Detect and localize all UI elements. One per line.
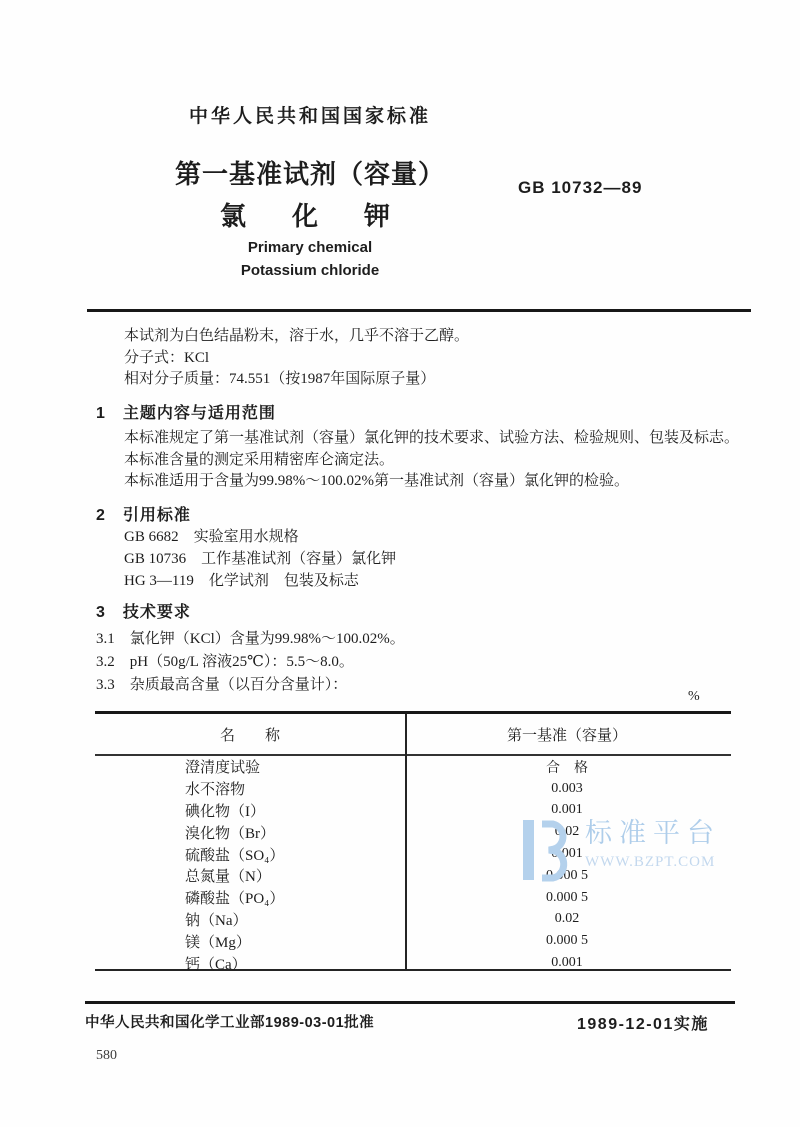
intro-line-formula: 分子式：KCl xyxy=(124,350,209,366)
header-divider-rule xyxy=(87,309,751,312)
table-header-row: 名 称 第一基准（容量） xyxy=(95,714,731,756)
table-row: 水不溶物 0.003 xyxy=(95,778,731,800)
page-number: 580 xyxy=(96,1048,117,1064)
spec-name: 溴化物（Br） xyxy=(95,822,405,843)
spec-value: 0.000 5 xyxy=(405,890,729,906)
intro-paragraph: 本试剂为白色结晶粉末，溶于水，几乎不溶于乙醇。 分子式：KCl 相对分子质量：7… xyxy=(124,326,469,391)
document-title-english-line2: Potassium chloride xyxy=(90,262,530,279)
table-row: 钙（Ca） 0.001 xyxy=(95,952,731,974)
section-3-heading: 3 技术要求 xyxy=(96,599,191,622)
spec-name: 磷酸盐（PO₄） xyxy=(95,887,405,908)
document-title-line1: 第一基准试剂（容量） xyxy=(90,154,530,191)
document-title-line2: 氯 化 钾 xyxy=(90,196,530,233)
spec-name: 澄清度试验 xyxy=(95,756,405,777)
table-row: 钠（Na） 0.02 xyxy=(95,909,731,931)
spec-name: 钙（Ca） xyxy=(95,953,405,974)
document-title-english-line1: Primary chemical xyxy=(90,239,530,256)
table-row: 澄清度试验 合 格 xyxy=(95,756,731,778)
reference-item: HG 3—119 化学试剂 包装及标志 xyxy=(124,573,359,589)
table-row: 溴化物（Br） 0.02 xyxy=(95,821,731,843)
standard-number: GB 10732—89 xyxy=(518,178,642,198)
reference-item: GB 6682 实验室用水规格 xyxy=(124,529,299,545)
spec-name: 水不溶物 xyxy=(95,778,405,799)
spec-value: 0.02 xyxy=(405,824,729,840)
table-column-divider xyxy=(405,714,407,969)
table-header-value: 第一基准（容量） xyxy=(405,724,729,745)
spec-value: 0.001 xyxy=(405,846,729,862)
footer-approval-text: 中华人民共和国化学工业部1989-03-01批准 xyxy=(85,1011,374,1032)
spec-name: 碘化物（I） xyxy=(95,800,405,821)
national-standard-header: 中华人民共和国国家标准 xyxy=(90,101,530,128)
table-row: 镁（Mg） 0.000 5 xyxy=(95,930,731,952)
footer-implementation-text: 1989-12-01实施 xyxy=(577,1011,709,1034)
section-1-paragraph: 本标准适用于含量为99.98%～100.02%第一基准试剂（容量）氯化钾的检验。 xyxy=(124,473,629,489)
spec-name: 总氮量（N） xyxy=(95,865,405,886)
reference-item: GB 10736 工作基准试剂（容量）氯化钾 xyxy=(124,551,396,567)
section-2-references: GB 6682 实验室用水规格 GB 10736 工作基准试剂（容量）氯化钾 H… xyxy=(124,526,396,592)
spec-value: 0.02 xyxy=(405,911,729,927)
section-1-paragraphs: 本标准规定了第一基准试剂（容量）氯化钾的技术要求、试验方法、检验规则、包装及标志… xyxy=(124,428,739,493)
section-1-heading: 1 主题内容与适用范围 xyxy=(96,400,276,423)
spec-value: 0.001 xyxy=(405,955,729,971)
intro-line-molar-mass: 相对分子质量：74.551（按1987年国际原子量） xyxy=(124,371,435,387)
document-page: 中华人民共和国国家标准 GB 10732—89 第一基准试剂（容量） 氯 化 钾… xyxy=(0,0,800,1127)
spec-name: 钠（Na） xyxy=(95,909,405,930)
table-row: 磷酸盐（PO₄） 0.000 5 xyxy=(95,887,731,909)
section-2-heading: 2 引用标准 xyxy=(96,502,191,525)
spec-value: 合 格 xyxy=(405,757,729,777)
footer-divider-rule xyxy=(85,1001,735,1004)
spec-value: 0.000 5 xyxy=(405,868,729,884)
table-header-name: 名 称 xyxy=(95,724,405,745)
table-row: 总氮量（N） 0.000 5 xyxy=(95,865,731,887)
requirement-item: 3.3 杂质最高含量（以百分含量计）： xyxy=(96,677,347,693)
section-1-paragraph: 本标准含量的测定采用精密库仑滴定法。 xyxy=(124,452,394,468)
table-row: 碘化物（I） 0.001 xyxy=(95,800,731,822)
impurity-spec-table: 名 称 第一基准（容量） 澄清度试验 合 格 水不溶物 0.003 碘化物（I）… xyxy=(95,711,731,971)
spec-name: 硫酸盐（SO₄） xyxy=(95,844,405,865)
intro-line-description: 本试剂为白色结晶粉末，溶于水，几乎不溶于乙醇。 xyxy=(124,328,469,344)
section-1-paragraph: 本标准规定了第一基准试剂（容量）氯化钾的技术要求、试验方法、检验规则、包装及标志… xyxy=(124,430,739,446)
spec-name: 镁（Mg） xyxy=(95,931,405,952)
requirement-item: 3.2 pH（50g/L 溶液25℃）：5.5～8.0。 xyxy=(96,654,354,670)
spec-table-body: 澄清度试验 合 格 水不溶物 0.003 碘化物（I） 0.001 溴化物（Br… xyxy=(95,756,731,974)
table-unit-label: % xyxy=(688,689,700,705)
table-row: 硫酸盐（SO₄） 0.001 xyxy=(95,843,731,865)
spec-value: 0.001 xyxy=(405,802,729,818)
section-3-requirements: 3.1 氯化钾（KCl）含量为99.98%～100.02%。 3.2 pH（50… xyxy=(96,628,405,697)
spec-value: 0.003 xyxy=(405,781,729,797)
spec-value: 0.000 5 xyxy=(405,933,729,949)
requirement-item: 3.1 氯化钾（KCl）含量为99.98%～100.02%。 xyxy=(96,631,405,647)
